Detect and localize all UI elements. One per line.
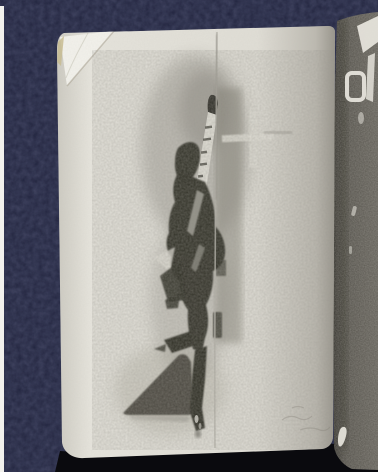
book-scene bbox=[0, 0, 378, 472]
photo-of-open-book bbox=[0, 0, 378, 472]
book-page bbox=[55, 24, 338, 460]
facing-page bbox=[333, 12, 378, 470]
facing-page-grain bbox=[333, 12, 378, 470]
page-grain bbox=[55, 24, 337, 460]
page-contents bbox=[55, 24, 338, 460]
photo-edge-strip bbox=[0, 6, 4, 472]
